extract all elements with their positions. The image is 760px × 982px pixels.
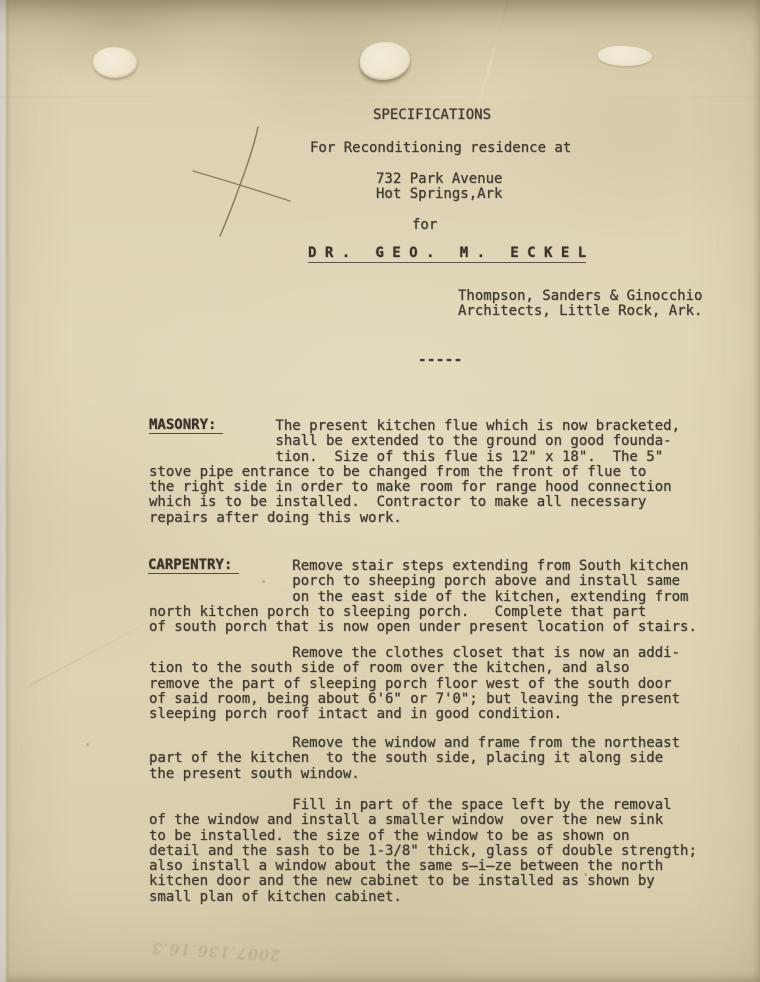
client-name: D R . G E O . M . E C K E L	[308, 245, 586, 263]
typed-line: tion. Size of this flue is 12" x 18". Th…	[149, 449, 680, 464]
stray-ink-dot-left	[86, 743, 89, 746]
doc-title: SPECIFICATIONS	[373, 108, 491, 123]
typed-line: repairs after doing this work.	[149, 510, 680, 525]
pencil-x-mark	[140, 100, 320, 260]
typed-line: of south porch that is now open under pr…	[149, 619, 697, 634]
typed-line: kitchen door and the new cabinet to be i…	[149, 873, 697, 888]
tape-residue-center	[359, 41, 411, 82]
stray-ink-dot-bottom	[584, 873, 587, 876]
typed-line: Remove the clothes closet that is now an…	[149, 645, 680, 660]
carpentry-paragraph-4: Fill in part of the space left by the re…	[149, 797, 697, 904]
firm-name: Thompson, Sanders & Ginocchio	[458, 289, 702, 304]
for-word: for	[412, 218, 437, 233]
typed-line: small plan of kitchen cabinet.	[149, 889, 697, 904]
typed-line: detail and the sash to be 1-3/8" thick, …	[149, 843, 697, 858]
pencil-inscription: 2007.136.16.3	[130, 937, 281, 964]
carpentry-paragraph-2: Remove the clothes closet that is now an…	[149, 645, 680, 721]
typed-line: tion to the south side of room over the …	[149, 660, 680, 675]
address-line-1: 732 Park Avenue	[376, 172, 502, 187]
typed-line: which is to be installed. Contractor to …	[149, 494, 680, 509]
carpentry-paragraph-3: Remove the window and frame from the nor…	[149, 735, 680, 781]
carpentry-paragraph-1: Remove stair steps extending from South …	[149, 558, 697, 634]
typed-line: Remove the window and frame from the nor…	[149, 735, 680, 750]
firm-location: Architects, Little Rock, Ark.	[458, 304, 702, 319]
typed-line: of said room, being about 6'6" or 7'0"; …	[149, 691, 680, 706]
typed-line: Remove stair steps extending from South …	[149, 558, 697, 573]
typed-line: remove the part of sleeping porch floor …	[149, 676, 680, 691]
typed-line: the present south window.	[149, 766, 680, 781]
divider-dashes: -----	[418, 353, 463, 368]
typed-line: of the window and install a smaller wind…	[149, 812, 697, 827]
tape-residue-left	[92, 45, 139, 80]
paper-crease-top	[0, 96, 760, 98]
paper-crease-diagonal	[476, 0, 512, 110]
typed-line: part of the kitchen to the south side, p…	[149, 750, 680, 765]
stray-ink-dot-carpentry	[262, 580, 265, 583]
typed-line: the right side in order to make room for…	[149, 479, 680, 494]
typed-line: shall be extended to the ground on good …	[149, 433, 680, 448]
typed-line: stove pipe entrance to be changed from t…	[149, 464, 680, 479]
tape-residue-right	[598, 45, 653, 67]
typed-line: porch to sheeping porch above and instal…	[149, 573, 697, 588]
typed-line: to be installed. the size of the window …	[149, 828, 697, 843]
typed-line: Fill in part of the space left by the re…	[149, 797, 697, 812]
typed-line: on the east side of the kitchen, extendi…	[149, 589, 697, 604]
doc-subtitle: For Reconditioning residence at	[310, 141, 571, 156]
typed-line: also install a window about the same s̶i…	[149, 858, 697, 873]
typed-line: sleeping porch roof intact and in good c…	[149, 706, 680, 721]
document-page: SPECIFICATIONS For Reconditioning reside…	[0, 0, 760, 982]
masonry-paragraph: The present kitchen flue which is now br…	[149, 418, 680, 525]
address-line-2: Hot Springs,Ark	[376, 187, 502, 202]
typed-line: The present kitchen flue which is now br…	[149, 418, 680, 433]
typed-line: north kitchen porch to sleeping porch. C…	[149, 604, 697, 619]
